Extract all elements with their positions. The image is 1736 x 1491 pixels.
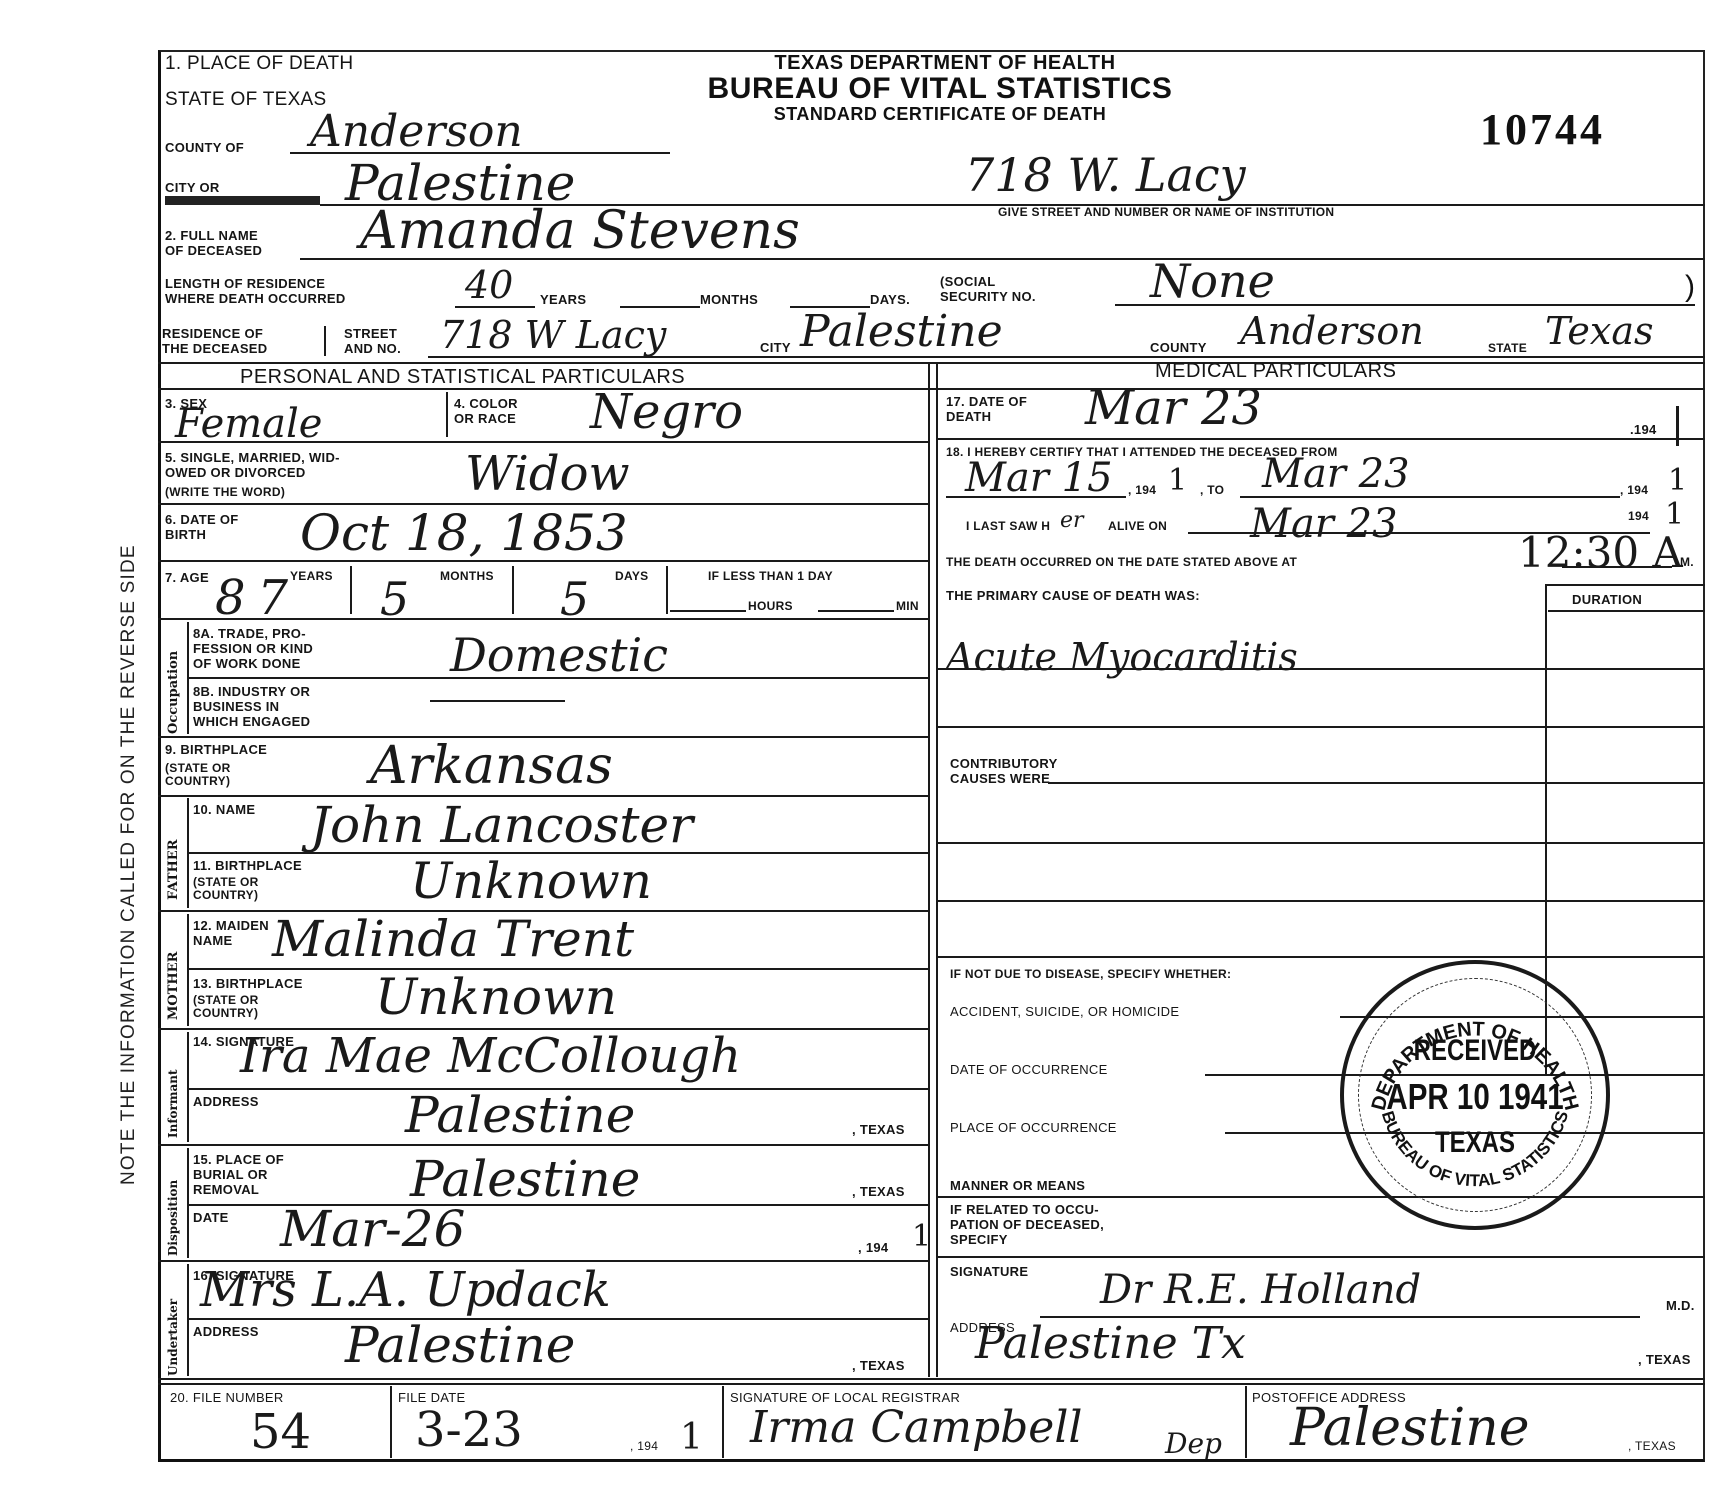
less-than-day-label: IF LESS THAN 1 DAY — [708, 570, 833, 583]
birthplace-label: 9. BIRTHPLACE — [165, 742, 267, 757]
row-line-age — [158, 618, 928, 620]
file-year-prefix: , 194 — [630, 1440, 658, 1453]
attended-to-line — [1240, 496, 1620, 498]
residence-county-label: COUNTY — [1150, 340, 1207, 355]
trade-value: Domestic — [450, 632, 668, 678]
duration-top-line — [1545, 584, 1705, 586]
age-days-label: DAYS — [615, 570, 648, 583]
age-days-value: 5 — [560, 576, 589, 622]
not-disease-label: IF NOT DUE TO DISEASE, SPECIFY WHETHER: — [950, 968, 1231, 981]
time-value: 12:30 A — [1518, 532, 1683, 574]
filing-row-top-2 — [158, 1383, 1705, 1385]
residence-state-label: STATE — [1488, 342, 1527, 355]
years-label: YEARS — [540, 292, 586, 307]
registrar-signature: Irma Campbell — [750, 1406, 1083, 1450]
informant-group-line — [187, 1032, 189, 1142]
row-line-dob — [158, 560, 928, 562]
filing-div-3 — [1245, 1386, 1247, 1458]
undertaker-texas: , TEXAS — [852, 1358, 905, 1373]
sex-value: Female — [175, 404, 322, 444]
center-divider-b — [936, 362, 938, 1377]
to-label: , TO — [1200, 484, 1224, 497]
age-months-value: 5 — [380, 576, 409, 622]
contributory-line-2 — [938, 842, 1705, 844]
race-label: 4. COLOR OR RACE — [454, 396, 518, 426]
section-divider-top — [158, 362, 1705, 364]
row-line-trade — [187, 677, 928, 679]
father-birthplace-value: Unknown — [410, 856, 652, 906]
undertaker-address-value: Palestine — [345, 1320, 575, 1370]
dob-label: 6. DATE OF BIRTH — [165, 512, 239, 542]
full-name-value: Amanda Stevens — [360, 205, 800, 257]
informant-address-label: ADDRESS — [193, 1094, 259, 1109]
row-line-death-date — [938, 438, 1705, 440]
burial-texas: , TEXAS — [852, 1184, 905, 1199]
burial-year-digit: 1 — [912, 1222, 931, 1252]
stamp-received: RECEIVED — [1370, 1034, 1580, 1068]
attended-from-line — [946, 496, 1126, 498]
form-title: STANDARD CERTIFICATE OF DEATH — [680, 104, 1200, 125]
physician-texas: , TEXAS — [1638, 1352, 1691, 1367]
postoffice-value: Palestine — [1290, 1402, 1530, 1454]
contributory-line-3 — [938, 900, 1705, 902]
cause-label: THE PRIMARY CAUSE OF DEATH WAS: — [946, 588, 1200, 603]
attended-to-value: Mar 23 — [1262, 454, 1410, 494]
place-of-death-label: 1. PLACE OF DEATH — [165, 56, 353, 72]
city-label: CITY OR — [165, 180, 220, 195]
section-head-underline — [158, 388, 1705, 390]
filing-row-top — [158, 1378, 1705, 1380]
attended-from-year-prefix: , 194 — [1128, 484, 1156, 497]
residence-state-value: Texas — [1545, 312, 1653, 350]
last-saw-year-digit: 1 — [1665, 500, 1684, 530]
residence-city-label: CITY — [760, 340, 791, 355]
residence-length-label: LENGTH OF RESIDENCE WHERE DEATH OCCURRED — [165, 276, 346, 306]
mother-group-label: MOTHER — [166, 952, 181, 1020]
burial-date-label: DATE — [193, 1210, 229, 1225]
father-group-label: FATHER — [166, 839, 181, 900]
age-years-value: 87 — [215, 574, 300, 622]
burial-year-prefix: , 194 — [858, 1240, 888, 1255]
informant-texas: , TEXAS — [852, 1122, 905, 1137]
death-date-label: 17. DATE OF DEATH — [946, 394, 1027, 424]
ssn-close-paren: ) — [1685, 270, 1695, 304]
contributory-line-1 — [1048, 782, 1705, 784]
attended-from-year: 1 — [1168, 466, 1187, 496]
filing-div-2 — [722, 1386, 724, 1458]
death-year-digit-stroke — [1676, 406, 1679, 446]
residence-county-value: Anderson — [1240, 312, 1424, 350]
undertaker-group-line — [187, 1264, 189, 1376]
street-value: 718 W. Lacy — [965, 152, 1246, 198]
residence-brace — [324, 326, 326, 356]
undertaker-signature: Mrs L.A. Updack — [200, 1266, 611, 1314]
registrar-initials: Dep — [1165, 1430, 1222, 1458]
disposition-group-label: Disposition — [166, 1180, 180, 1256]
age-div-3 — [666, 566, 668, 614]
burial-date-value: Mar-26 — [280, 1204, 465, 1254]
last-saw-year-prefix: 194 — [1628, 510, 1649, 523]
residence-city-value: Palestine — [800, 310, 1003, 354]
state-label: STATE OF TEXAS — [165, 92, 327, 108]
file-date-value: 3-23 — [415, 1406, 523, 1454]
father-birthplace-hint: (STATE OR COUNTRY) — [193, 876, 259, 902]
marital-hint: (WRITE THE WORD) — [165, 486, 285, 499]
mother-birthplace-value: Unknown — [375, 972, 617, 1022]
received-stamp: DEPARTMENT OF HEALTH BUREAU OF VITAL STA… — [1340, 960, 1610, 1230]
time-suffix: M. — [1680, 556, 1694, 569]
occupation-group-label: Occupation — [166, 651, 181, 734]
sex-race-divider — [446, 392, 448, 437]
certificate-number: 10744 — [1480, 104, 1605, 155]
cause-line-2 — [938, 726, 1705, 728]
alive-on-label: ALIVE ON — [1108, 520, 1167, 533]
manner-label: MANNER OR MEANS — [950, 1178, 1085, 1193]
months-line — [620, 306, 700, 308]
days-label: DAYS. — [870, 292, 910, 307]
filing-div-1 — [390, 1386, 392, 1458]
father-name-label: 10. NAME — [193, 802, 255, 817]
time-label: THE DEATH OCCURRED ON THE DATE STATED AB… — [946, 556, 1297, 569]
street-label: STREET AND NO. — [344, 326, 401, 356]
accident-label: ACCIDENT, SUICIDE, OR HOMICIDE — [950, 1004, 1179, 1019]
age-months-label: MONTHS — [440, 570, 494, 583]
stamp-state: TEXAS — [1370, 1126, 1580, 1160]
physician-address-value: Palestine Tx — [975, 1322, 1246, 1366]
redacted-precinct — [165, 196, 320, 205]
physician-signature-label: SIGNATURE — [950, 1264, 1028, 1279]
contributory-label: CONTRIBUTORY CAUSES WERE — [950, 756, 1058, 786]
contributory-line-4 — [938, 956, 1705, 958]
physician-signature: Dr R.E. Holland — [1100, 1270, 1421, 1310]
mother-name-label: 12. MAIDEN NAME — [193, 918, 269, 948]
bureau-title: BUREAU OF VITAL STATISTICS — [620, 72, 1260, 106]
burial-label: 15. PLACE OF BURIAL OR REMOVAL — [193, 1152, 284, 1197]
birthplace-value: Arkansas — [370, 740, 613, 792]
months-label: MONTHS — [700, 292, 758, 307]
father-birthplace-label: 11. BIRTHPLACE — [193, 858, 302, 873]
trade-label: 8A. TRADE, PRO- FESSION OR KIND OF WORK … — [193, 626, 313, 671]
occurrence-place-label: PLACE OF OCCURRENCE — [950, 1120, 1117, 1135]
occurrence-date-label: DATE OF OCCURRENCE — [950, 1062, 1108, 1077]
last-saw-date: Mar 23 — [1250, 504, 1398, 544]
attended-to-year-prefix: , 194 — [1620, 484, 1648, 497]
attended-to-year: 1 — [1668, 466, 1687, 496]
age-div-1 — [350, 566, 352, 614]
street-hint: GIVE STREET AND NUMBER OR NAME OF INSTIT… — [998, 206, 1334, 219]
duration-label: DURATION — [1572, 592, 1642, 607]
postoffice-texas: , TEXAS — [1628, 1440, 1676, 1453]
occupation-related-label: IF RELATED TO OCCU- PATION OF DECEASED, … — [950, 1202, 1104, 1247]
mother-name-value: Malinda Trent — [272, 914, 634, 964]
death-year-prefix: .194 — [1630, 422, 1657, 437]
md-suffix: M.D. — [1666, 1298, 1695, 1313]
age-label: 7. AGE — [165, 570, 209, 585]
mother-birthplace-label: 13. BIRTHPLACE — [193, 976, 303, 991]
last-saw-pronoun: er — [1060, 510, 1084, 532]
primary-cause-value: Acute Myocarditis — [946, 638, 1298, 676]
informant-group-label: Informant — [166, 1069, 180, 1138]
file-year-digit: 1 — [680, 1420, 703, 1456]
residence-years-value: 40 — [465, 266, 513, 304]
undertaker-group-label: Undertaker — [166, 1299, 180, 1376]
birthplace-hint: (STATE OR COUNTRY) — [165, 762, 231, 788]
duration-underline — [1548, 610, 1705, 612]
hours-label: HOURS — [748, 600, 793, 613]
residence-label: RESIDENCE OF THE DECEASED — [162, 326, 267, 356]
marital-value: Widow — [465, 450, 630, 498]
industry-dash — [430, 700, 565, 702]
burial-place-value: Palestine — [410, 1154, 640, 1204]
hours-line — [670, 610, 746, 612]
min-line — [818, 610, 894, 612]
attended-from-value: Mar 15 — [965, 458, 1113, 498]
full-name-label: 2. FULL NAME OF DECEASED — [165, 228, 262, 258]
marital-label: 5. SINGLE, MARRIED, WID- OWED OR DIVORCE… — [165, 450, 340, 480]
disposition-group-line — [187, 1148, 189, 1258]
county-label: COUNTY OF — [165, 140, 244, 155]
ssn-value: None — [1150, 258, 1275, 304]
industry-label: 8B. INDUSTRY OR BUSINESS IN WHICH ENGAGE… — [193, 684, 310, 729]
cause-line-1 — [938, 668, 1705, 670]
race-value: Negro — [590, 388, 743, 436]
file-number-value: 54 — [250, 1408, 311, 1456]
file-number-label: 20. FILE NUMBER — [170, 1390, 284, 1405]
age-div-2 — [512, 566, 514, 614]
informant-address-value: Palestine — [405, 1090, 635, 1140]
row-line-informant-addr — [158, 1144, 928, 1146]
residence-street-value: 718 W Lacy — [440, 316, 666, 354]
stamp-date: APR 10 1941 — [1368, 1076, 1583, 1118]
reverse-side-note: NOTE THE INFORMATION CALLED FOR ON THE R… — [118, 544, 140, 1185]
dob-value: Oct 18, 1853 — [300, 508, 628, 558]
row-line-sex — [158, 441, 928, 443]
father-name-value: John Lancoster — [310, 800, 693, 850]
mother-group-line — [187, 914, 189, 1026]
min-label: MIN — [896, 600, 919, 613]
mother-birthplace-hint: (STATE OR COUNTRY) — [193, 994, 259, 1020]
ssn-label: (SOCIAL SECURITY NO. — [940, 274, 1036, 304]
informant-signature: Ira Mae McCollough — [240, 1032, 741, 1080]
death-date-value: Mar 23 — [1085, 384, 1262, 432]
last-saw-label: I LAST SAW H — [966, 520, 1050, 533]
county-value: Anderson — [310, 110, 523, 154]
occupation-related-line — [938, 1256, 1705, 1258]
undertaker-address-label: ADDRESS — [193, 1324, 259, 1339]
